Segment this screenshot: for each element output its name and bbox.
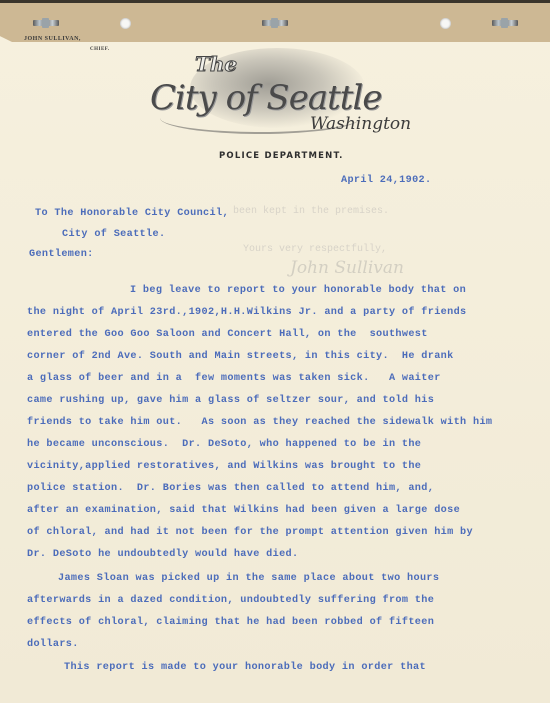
salutation: Gentlemen: bbox=[29, 249, 94, 260]
body-line: entered the Goo Goo Saloon and Concert H… bbox=[27, 329, 428, 340]
binder-clip-icon bbox=[492, 20, 518, 26]
letter-date: April 24,1902. bbox=[341, 175, 432, 186]
body-line: vicinity,applied restoratives, and Wilki… bbox=[27, 461, 421, 472]
body-line: came rushing up, gave him a glass of sel… bbox=[27, 395, 434, 406]
body-line: the night of April 23rd.,1902,H.H.Wilkin… bbox=[27, 307, 467, 318]
body-line: James Sloan was picked up in the same pl… bbox=[58, 573, 439, 584]
punch-hole-icon bbox=[120, 18, 131, 29]
body-line: afterwards in a dazed condition, undoubt… bbox=[27, 595, 434, 606]
letterhead-state: Washington bbox=[310, 114, 411, 134]
body-line: of chloral, and had it not been for the … bbox=[27, 527, 473, 538]
body-line: dollars. bbox=[27, 639, 79, 650]
bleedthrough-text: Yours very respectfully, bbox=[243, 244, 387, 255]
letterhead-city: City of Seattle bbox=[150, 78, 381, 118]
body-line: police station. Dr. Bories was then call… bbox=[27, 483, 434, 494]
body-line: Dr. DeSoto he undoubtedly would have die… bbox=[27, 549, 298, 560]
department-name: POLICE DEPARTMENT. bbox=[219, 151, 344, 161]
address-line-1: To The Honorable City Council, bbox=[35, 208, 229, 219]
city-seal-letterhead: The City of Seattle Washington bbox=[140, 40, 405, 150]
bleedthrough-signature: John Sullivan bbox=[290, 258, 404, 278]
body-line: he became unconscious. Dr. DeSoto, who h… bbox=[27, 439, 421, 450]
body-line: I beg leave to report to your honorable … bbox=[130, 285, 466, 296]
body-line: effects of chloral, claiming that he had… bbox=[27, 617, 434, 628]
body-line: corner of 2nd Ave. South and Main street… bbox=[27, 351, 454, 362]
bleedthrough-text: been kept in the premises. bbox=[233, 206, 389, 217]
body-line: a glass of beer and in a few moments was… bbox=[27, 373, 441, 384]
body-line: after an examination, said that Wilkins … bbox=[27, 505, 460, 516]
body-line: friends to take him out. As soon as they… bbox=[27, 417, 492, 428]
page-top-edge bbox=[0, 0, 550, 3]
chief-title: CHIEF. bbox=[90, 47, 110, 52]
address-line-2: City of Seattle. bbox=[62, 229, 165, 240]
binder-clip-icon bbox=[262, 20, 288, 26]
binder-clip-icon bbox=[33, 20, 59, 26]
punch-hole-icon bbox=[440, 18, 451, 29]
letterhead-the: The bbox=[195, 52, 237, 76]
chief-name: JOHN SULLIVAN, bbox=[24, 36, 81, 42]
body-line: This report is made to your honorable bo… bbox=[64, 662, 426, 673]
